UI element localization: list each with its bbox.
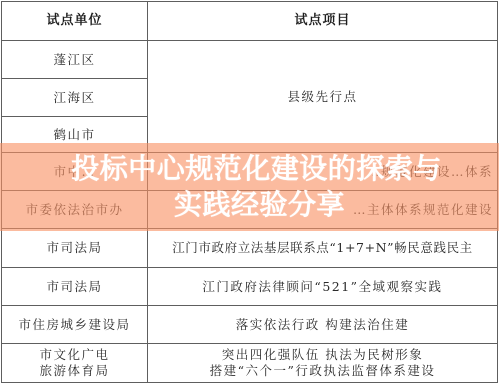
table-row: 蓬江区 县级先行点 [2, 41, 498, 79]
table-row: 市司法局 江门政府法律顾问“521”全域观察实践 [2, 268, 498, 306]
overlay-title-line-1: 投标中心规范化建设的探索与 [71, 151, 442, 187]
header-project: 试点项目 [148, 2, 498, 41]
project-cell: 突出四化强队伍 执法为民树形象 搭建“六个一”行政执法监督体系建设 [148, 344, 498, 383]
unit-cell: 市司法局 [2, 268, 148, 306]
unit-cell: 市住房城乡建设局 [2, 306, 148, 344]
project-cell: 江门政府法律顾问“521”全域观察实践 [148, 268, 498, 306]
unit-line: 市文化广电 [6, 347, 143, 363]
project-cell-merged: 县级先行点 [148, 41, 498, 153]
overlay-title-line-2: 实践经验分享 [174, 187, 345, 223]
overlay-title: 投标中心规范化建设的探索与 实践经验分享 [0, 143, 499, 231]
project-line: 突出四化强队伍 执法为民树形象 [152, 347, 493, 363]
project-cell: 落实依法行政 构建法治住建 [148, 306, 498, 344]
unit-cell: 市司法局 [2, 229, 148, 268]
unit-cell: 市文化广电 旅游体育局 [2, 344, 148, 383]
table-header-row: 试点单位 试点项目 [2, 2, 498, 41]
project-cell: 江门市政府立法基层联系点“1+7+N”畅民意践民主 [148, 229, 498, 268]
unit-line: 旅游体育局 [6, 363, 143, 379]
header-unit: 试点单位 [2, 2, 148, 41]
table-row: 市文化广电 旅游体育局 突出四化强队伍 执法为民树形象 搭建“六个一”行政执法监… [2, 344, 498, 383]
table-row: 市司法局 江门市政府立法基层联系点“1+7+N”畅民意践民主 [2, 229, 498, 268]
table-row: 市住房城乡建设局 落实依法行政 构建法治住建 [2, 306, 498, 344]
unit-cell: 蓬江区 [2, 41, 148, 79]
project-line: 搭建“六个一”行政执法监督体系建设 [152, 363, 493, 379]
document-page: 试点单位 试点项目 蓬江区 县级先行点 江海区 鹤山市 市中… …规范化建设…体… [0, 0, 499, 383]
unit-cell: 江海区 [2, 79, 148, 117]
